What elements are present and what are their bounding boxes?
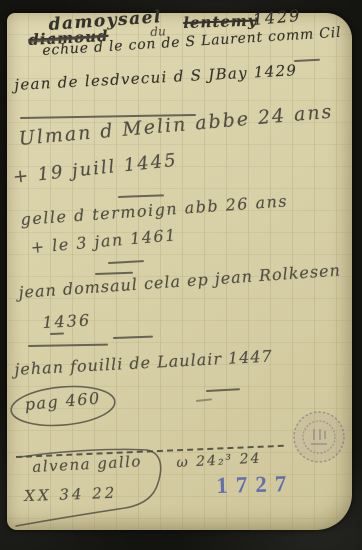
scanned-page: damoysael diamoud du lentemy 1429 echue … [0,0,362,550]
note-boxed-line2: XX 34 22 [24,485,118,505]
crossed-word-mid: lentemy [183,12,258,31]
entry-year: 1429 [252,7,302,29]
accession-number: 1727 [216,471,295,499]
entry-line: 1436 [42,311,92,331]
